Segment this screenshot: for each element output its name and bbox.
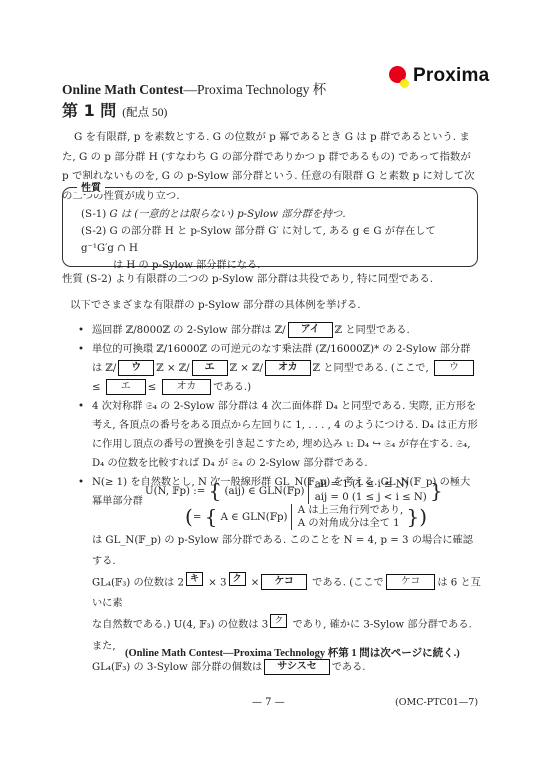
question-number: 第 1 問 (62, 101, 116, 120)
answer-box-ai[interactable]: アイ (288, 322, 333, 338)
question-points: (配点 50) (122, 107, 167, 119)
l2-pre: GL₄(𝔽₃) の位数は 2 (92, 577, 184, 588)
conjugacy-note: 性質 (S-2) より有限群の二つの p-Sylow 部分群は共役であり, 特に… (62, 270, 476, 290)
answer-box-ki[interactable]: キ (186, 572, 203, 586)
contest-name: Online Math Contest (62, 82, 184, 97)
example-unit-group: 単位的可換環 ℤ/16000ℤ の可逆元のなす乗法群 (ℤ/16000ℤ)* の… (78, 340, 478, 397)
b2-end: である.) (213, 382, 251, 393)
ref-box-ku: ク (270, 614, 287, 628)
answer-box-sasisuse[interactable]: サシスセ (264, 659, 330, 675)
answer-box-u[interactable]: ウ (118, 360, 154, 376)
ref-box-u: ウ (434, 360, 474, 376)
proxima-logo: Proxima (386, 62, 496, 92)
le-symbol: ≤ (92, 382, 101, 393)
question-title: 第 1 問(配点 50) (62, 98, 167, 121)
property-s1: (S-1) G は (一意的とは限らない) p-Sylow 部分群を持つ. (81, 206, 471, 223)
property-box-label: 性質 (77, 179, 105, 194)
page-code: (OMC-PTC01—7) (395, 697, 478, 708)
example-cyclic: 巡回群 ℤ/8000ℤ の 2-Sylow 部分群は ℤ/アイℤ と同型である. (78, 321, 478, 340)
answer-box-oka[interactable]: オカ (265, 360, 311, 376)
b2-post: ℤ と同型である. (ここで, (313, 363, 429, 374)
eq-lhs: U(N, 𝔽p) := (145, 486, 205, 497)
contest-sponsor: —Proxima Technology 杯 (184, 82, 327, 97)
b1-post: ℤ と同型である. (335, 325, 410, 336)
logo-text: Proxima (413, 65, 489, 87)
b2-mid2: ℤ × ℤ/ (230, 363, 263, 374)
eq-cond1: aii = 1 (1 ≤ i ≤ N) (315, 479, 409, 490)
l2-x3: × 3 (208, 577, 226, 588)
logo-yellow-circle-icon (400, 79, 409, 88)
example-symmetric-group: 4 次対称群 𝔖₄ の 2-Sylow 部分群は 4 次二面体群 D₄ と同型で… (78, 397, 478, 473)
s2-text: G の部分群 H と p-Sylow 部分群 G′ に対して, ある g ∈ G… (81, 226, 436, 254)
contest-header: Online Math Contest—Proxima Technology 杯 (62, 78, 326, 98)
l4-pre: GL₄(𝔽₃) の 3-Sylow 部分群の個数は (92, 662, 262, 673)
b1-text: 巡回群 ℤ/8000ℤ の 2-Sylow 部分群は ℤ/ (92, 325, 286, 336)
b2-mid1: ℤ × ℤ/ (156, 363, 189, 374)
answer-box-keko[interactable]: ケコ (261, 574, 307, 590)
document-page: Online Math Contest—Proxima Technology 杯… (0, 0, 536, 758)
eq-cond2: aij = 0 (1 ≤ j < i ≤ N) (315, 492, 427, 503)
eq-cond3: A は上三角行列であり, (298, 505, 404, 516)
property-box: 性質 (S-1) G は (一意的とは限らない) p-Sylow 部分群を持つ.… (62, 187, 478, 267)
after-eq-line2: GL₄(𝔽₃) の位数は 2キ × 3ク ×ケコ である. (ここでケコは 6 … (92, 572, 482, 614)
s1-text: G は (一意的とは限らない) p-Sylow 部分群を持つ. (109, 209, 345, 220)
eq-set2: A ∈ GLN(𝔽p) (221, 512, 288, 523)
l4-post: である. (332, 662, 366, 673)
l2-x: × (251, 577, 260, 588)
eq2-pre: = (193, 512, 205, 523)
after-eq-line1: は GL_N(𝔽_p) の p-Sylow 部分群である. このことを N = … (92, 530, 482, 572)
ref-box-e: エ (106, 379, 146, 395)
page-number: — 7 — (252, 697, 285, 708)
property-s2: (S-2) G の部分群 H と p-Sylow 部分群 G′ に対して, ある… (81, 223, 471, 257)
eq-cond4: A の対角成分は全て 1 (298, 518, 400, 529)
eq-set1: (aij) ∈ GLN(𝔽p) (224, 486, 304, 497)
ref-box-keko: ケコ (386, 574, 436, 590)
continued-note: (Online Math Contest—Proxima Technology … (125, 645, 460, 660)
eq-row-1: U(N, 𝔽p) := { (aij) ∈ GLN(𝔽p) aii = 1 (1… (145, 478, 443, 504)
s2-tag: (S-2) (81, 226, 106, 237)
ref-box-oka: オカ (162, 379, 212, 395)
l2-post: である. (ここで (312, 577, 384, 588)
answer-box-ku[interactable]: ク (229, 572, 246, 586)
s1-tag: (S-1) (81, 209, 106, 220)
examples-intro: 以下でさまざまな有限群の p-Sylow 部分群の具体例を挙げる. (62, 296, 484, 316)
answer-box-e[interactable]: エ (192, 360, 228, 376)
l3-pre: な自然数である.) U(4, 𝔽₃) の位数は 3 (92, 620, 268, 631)
definition-equation: U(N, 𝔽p) := { (aij) ∈ GLN(𝔽p) aii = 1 (1… (145, 478, 443, 530)
eq-row-2: (= { A ∈ GLN(𝔽p) A は上三角行列であり,A の対角成分は全て … (145, 504, 443, 530)
le-symbol-2: ≤ (148, 382, 157, 393)
